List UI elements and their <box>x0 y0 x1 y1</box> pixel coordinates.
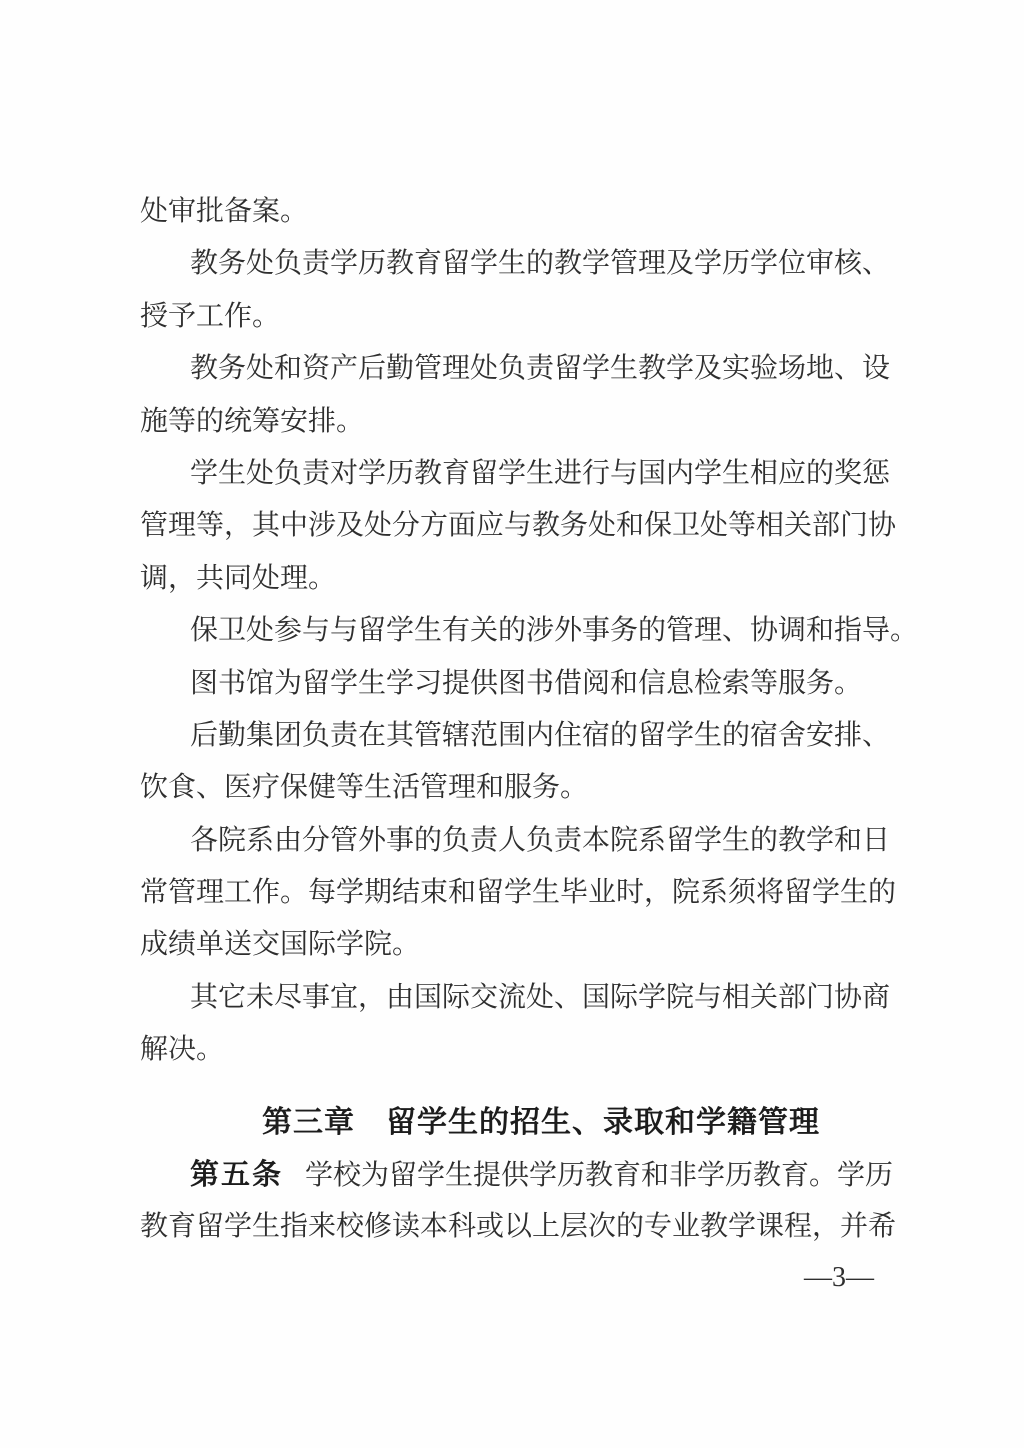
text-line: 处审批备案。 <box>140 186 892 238</box>
document-page: 处审批备案。 教务处负责学历教育留学生的教学管理及学历学位审核、 授予工作。 教… <box>0 0 1024 1448</box>
text-line: 成绩单送交国际学院。 <box>140 919 892 971</box>
text-line: 教务处和资产后勤管理处负责留学生教学及实验场地、设 <box>140 343 892 395</box>
article-number-label: 第五条 <box>190 1159 283 1191</box>
text-line: 教育留学生指来校修读本科或以上层次的专业教学课程，并希 <box>140 1201 892 1253</box>
text-line: 图书馆为留学生学习提供图书借阅和信息检索等服务。 <box>140 658 892 710</box>
text-line: 后勤集团负责在其管辖范围内住宿的留学生的宿舍安排、 <box>140 710 892 762</box>
page-number: —3— <box>140 1252 892 1304</box>
text-line: 各院系由分管外事的负责人负责本院系留学生的教学和日 <box>140 815 892 867</box>
article-first-line: 第五条学校为留学生提供学历教育和非学历教育。学历 <box>140 1149 892 1201</box>
text-line: 授予工作。 <box>140 291 892 343</box>
document-body: 处审批备案。 教务处负责学历教育留学生的教学管理及学历学位审核、 授予工作。 教… <box>140 186 892 1304</box>
text-line: 施等的统筹安排。 <box>140 396 892 448</box>
text-line: 教务处负责学历教育留学生的教学管理及学历学位审核、 <box>140 238 892 290</box>
text-line: 管理等，其中涉及处分方面应与教务处和保卫处等相关部门协 <box>140 500 892 552</box>
chapter-heading: 第三章 留学生的招生、录取和学籍管理 <box>190 1097 892 1149</box>
text-line: 饮食、医疗保健等生活管理和服务。 <box>140 762 892 814</box>
text-line: 保卫处参与与留学生有关的涉外事务的管理、协调和指导。 <box>140 605 892 657</box>
text-line: 解决。 <box>140 1024 892 1076</box>
article-text: 学校为留学生提供学历教育和非学历教育。学历 <box>305 1160 893 1191</box>
text-line: 调，共同处理。 <box>140 553 892 605</box>
text-line: 常管理工作。每学期结束和留学生毕业时，院系须将留学生的 <box>140 867 892 919</box>
text-line: 学生处负责对学历教育留学生进行与国内学生相应的奖惩 <box>140 448 892 500</box>
text-line: 其它未尽事宜，由国际交流处、国际学院与相关部门协商 <box>140 972 892 1024</box>
